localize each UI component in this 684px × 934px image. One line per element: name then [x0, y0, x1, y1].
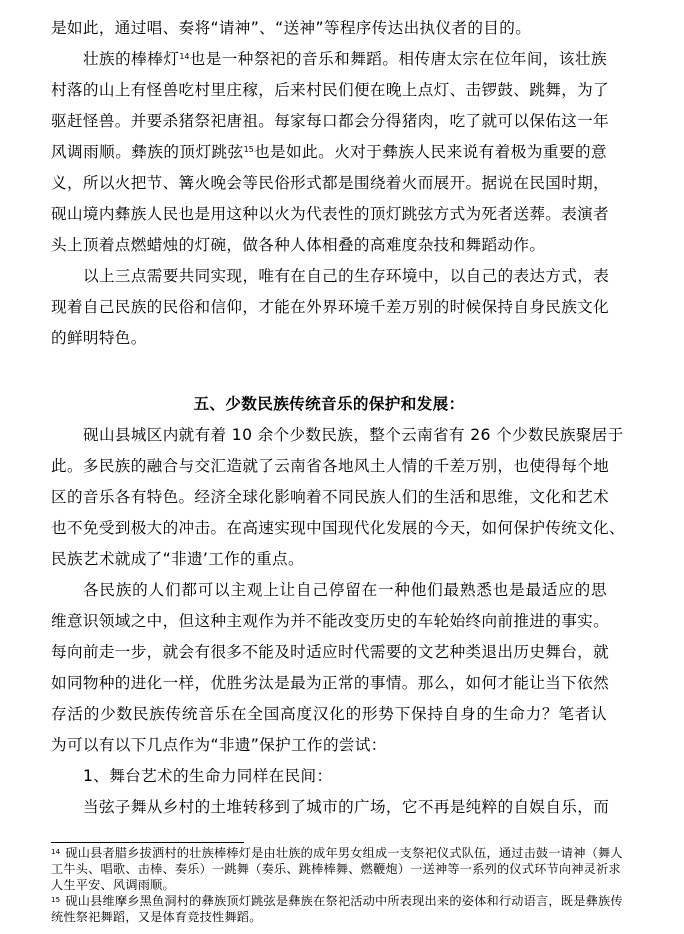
section-line: 砚山县城区内就有着 10 余个少数民族，整个云南省有 26 个少数民族聚居于: [83, 420, 607, 451]
footnote-number: 14: [51, 848, 60, 856]
footnote-15-line: 15砚山县维摩乡黑鱼洞村的彝族顶灯跳弦是彝族在祭祀活动中所表现出来的姿体和行动语…: [51, 894, 607, 909]
footnote-number: 15: [51, 896, 60, 904]
footnote-15-line: 统性祭祀舞蹈，又是体育竞技性舞蹈。: [51, 910, 262, 925]
section-line: 区的音乐各有特色。经济全球化影响着不同民族人们的生活和思维，文化和艺术: [51, 482, 607, 513]
body-text: 壮族的棒棒灯: [83, 50, 179, 68]
footnote-text: 砚山县维摩乡黑鱼洞村的彝族顶灯跳弦是彝族在祭祀活动中所表现出来的姿体和行动语言，…: [65, 894, 622, 908]
footnote-14-line: 14砚山县者腊乡拔洒村的壮族棒棒灯是由壮族的成年男女组成一支祭祀仪式队伍，通过击…: [51, 846, 607, 861]
section-line: 存活的少数民族传统音乐在全国高度汉化的形势下保持自身的生命力？笔者认: [51, 699, 607, 730]
section-line: 各民族的人们都可以主观上让自己停留在一种他们最熟悉也是最适应的思: [83, 575, 607, 606]
footnote-ref-14[interactable]: 14: [179, 52, 189, 61]
body-line: 的鲜明特色。: [51, 323, 147, 354]
body-line: 义，所以火把节、篝火晚会等民俗形式都是围绕着火而展开。据说在民国时期，: [51, 168, 607, 199]
body-line: 砚山境内彝族人民也是用这种以火为代表性的顶灯跳弦方式为死者送葬。表演者: [51, 199, 607, 230]
section-line: 民族艺术就成了“非遗’工作的重点。: [51, 544, 304, 575]
section-line: 每向前走一步，就会有很多不能及时适应时代需要的文艺种类退出历史舞台，就: [51, 637, 607, 668]
section-heading: 五、少数民族传统音乐的保护和发展：: [51, 389, 607, 420]
section-line: 维意识领域之中，但这种主观作为并不能改变历史的车轮始终向前推进的事实。: [51, 606, 607, 637]
section-line: 如同物种的进化一样，优胜劣汰是最为正常的事情。那么，如何才能让当下依然: [51, 668, 607, 699]
section-line: 也不免受到极大的冲击。在高速实现中国现代化发展的今天，如何保护传统文化、: [51, 513, 607, 544]
section-line: 为可以有以下几点作为“非遗”保护工作的尝试：: [51, 730, 387, 761]
footnote-14-line: 工牛头、唱歌、击棒、奏乐）一跳舞（奏乐、跳棒棒舞、燃鞭炮）一送神等一系列的仪式环…: [51, 862, 607, 877]
body-line: 以上三点需要共同实现，唯有在自己的生存环境中，以自己的表达方式，表: [83, 261, 607, 292]
list-item-heading: 1、舞台艺术的生命力同样在民间：: [83, 761, 332, 792]
section-line: 当弦子舞从乡村的土堆转移到了城市的广场，它不再是纯粹的自娱自乐，而: [83, 792, 607, 823]
body-line: 是如此，通过唱、奏将“请神”、“送神”等程序传达出执仪者的目的。: [51, 13, 531, 44]
body-line: 村落的山上有怪兽吃村里庄稼，后来村民们便在晚上点灯、击锣鼓、跳舞，为了: [51, 75, 607, 106]
footnote-ref-15[interactable]: 15: [244, 145, 254, 154]
body-line: 头上顶着点燃蜡烛的灯碗，做各种人体相叠的高难度杂技和舞蹈动作。: [51, 230, 545, 261]
body-line: 风调雨顺。彝族的顶灯跳弦15也是如此。火对于彝族人民来说有着极为重要的意: [51, 137, 607, 168]
body-text: 风调雨顺。彝族的顶灯跳弦: [51, 143, 244, 161]
footnote-separator: [51, 842, 244, 843]
body-line: 壮族的棒棒灯14也是一种祭祀的音乐和舞蹈。相传唐太宗在位年间，该壮族: [83, 44, 607, 75]
body-line: 现着自己民族的民俗和信仰，才能在外界环境千差万别的时候保持自身民族文化: [51, 292, 607, 323]
body-text: 也是一种祭祀的音乐和舞蹈。相传唐太宗在位年间，该壮族: [190, 50, 607, 68]
section-line: 此。多民族的融合与交汇造就了云南省各地风土人情的千差万别，也使得每个地: [51, 451, 607, 482]
body-text: 也是如此。火对于彝族人民来说有着极为重要的意: [254, 143, 607, 161]
footnote-14-line: 人生平安、风调雨顺。: [51, 878, 175, 893]
body-line: 驱赶怪兽。并要杀猪祭祀唐祖。每家每口都会分得猪肉，吃了就可以保佑这一年: [51, 106, 607, 137]
footnote-text: 砚山县者腊乡拔洒村的壮族棒棒灯是由壮族的成年男女组成一支祭祀仪式队伍，通过击鼓一…: [65, 846, 622, 860]
